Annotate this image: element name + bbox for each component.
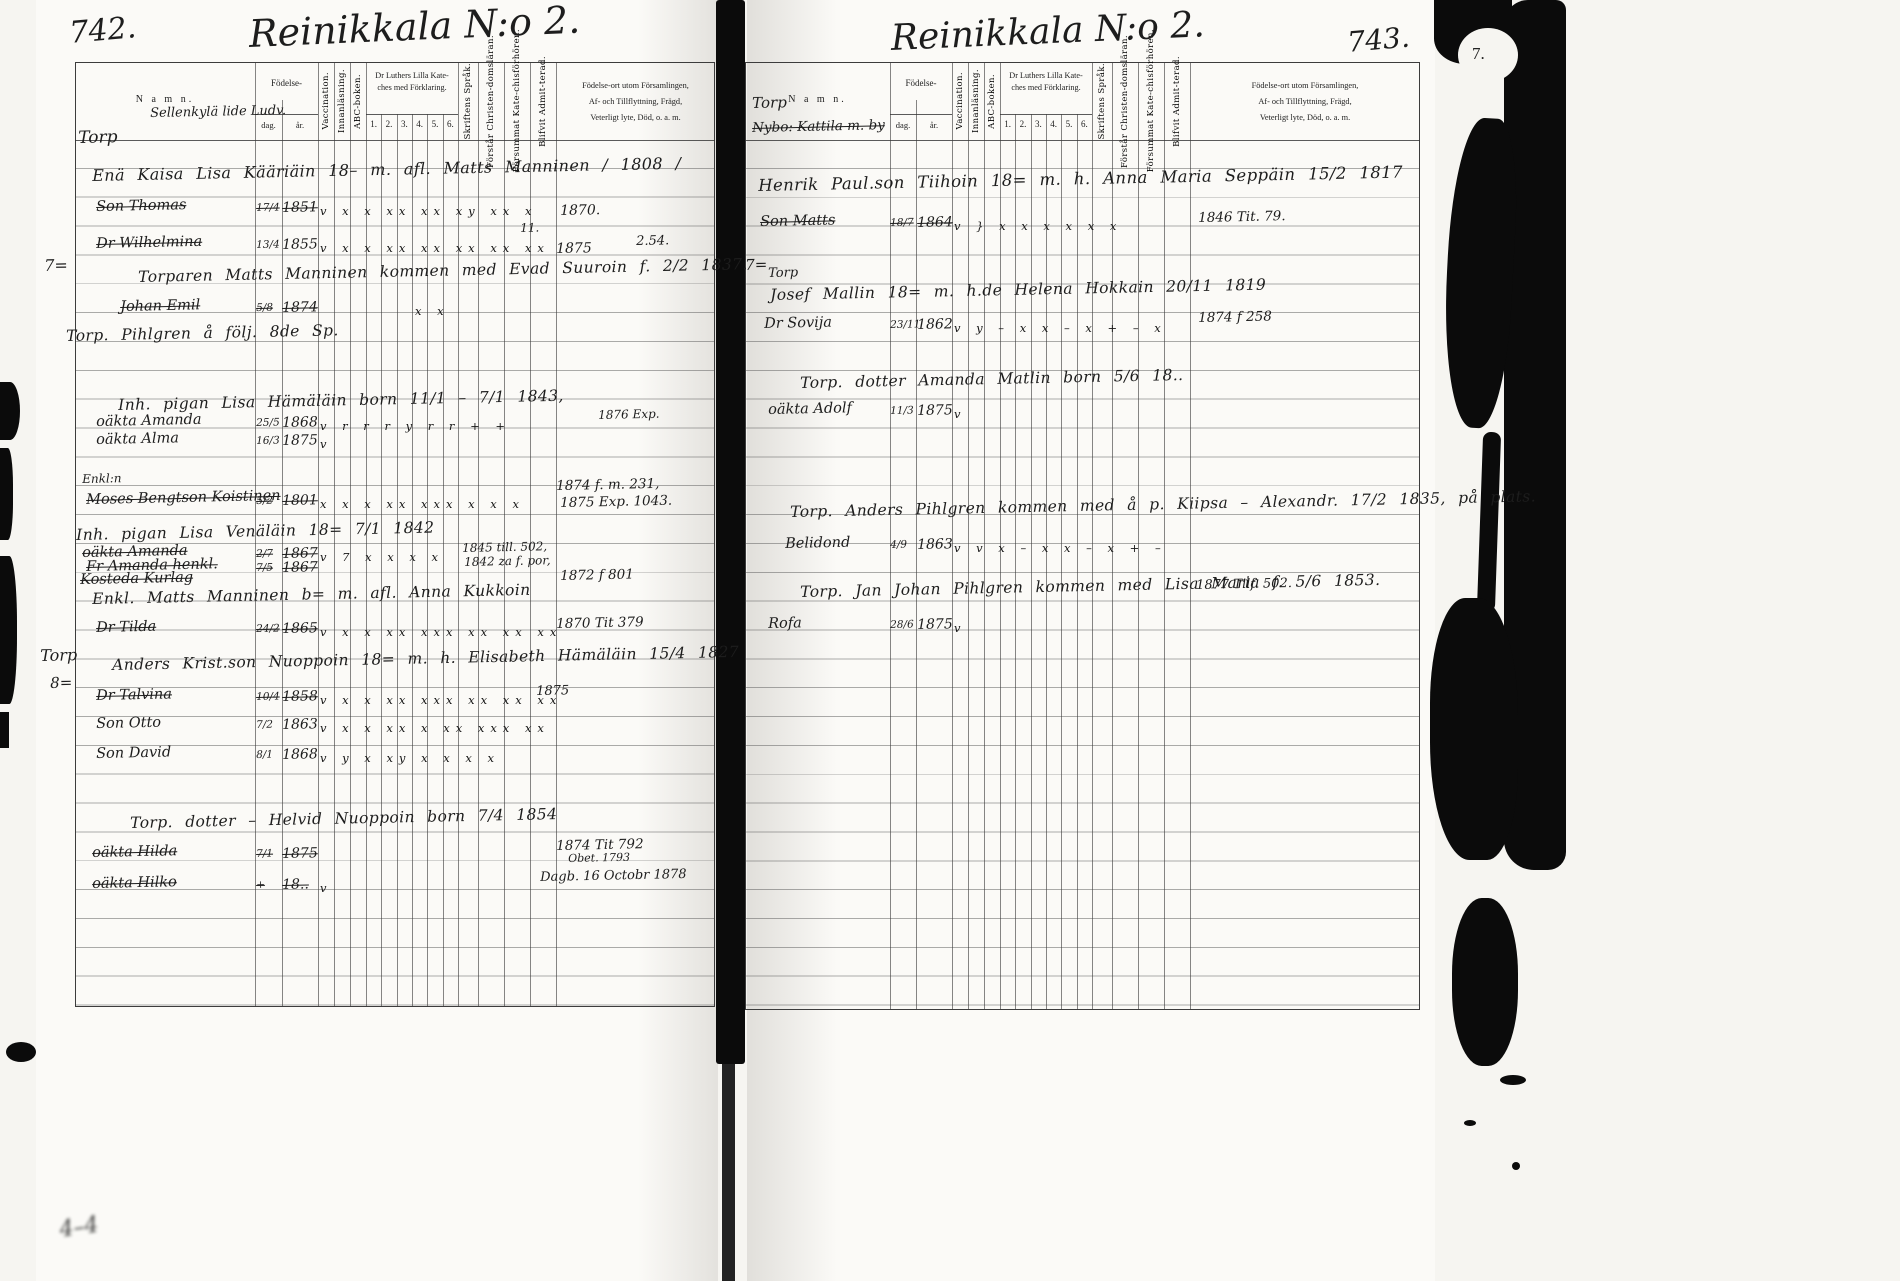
birth-day: 8/1 <box>256 749 273 761</box>
col-header-katekes: Dr Luthers Lilla Kate- ches med Förklari… <box>367 70 457 95</box>
catechism-marks: v x x xx x xx xxx xx <box>320 721 550 735</box>
birth-year: 1868 <box>282 414 318 431</box>
ink-blot <box>0 448 13 540</box>
birth-day: 17/4 <box>256 202 280 214</box>
katekes-subline <box>1046 114 1047 1010</box>
handwritten-entry: 1870 Tit 379 <box>556 614 644 632</box>
ink-blot <box>0 712 9 748</box>
col-header-katekes-1: 1. <box>366 119 381 129</box>
col-header-blifvit: Blifvit Admit-terad. <box>530 64 556 138</box>
birth-day: 24/2 <box>256 623 280 635</box>
handwritten-entry: oäkta Hilda <box>92 843 177 861</box>
col-header-abc: ABC-boken. <box>984 64 1000 138</box>
col-header-blifvit: Blifvit Admit-terad. <box>1164 64 1190 138</box>
handwritten-entry: 1872 f 801 <box>560 566 634 584</box>
birth-year: 1863 <box>282 716 318 733</box>
fodelse-split-line <box>890 114 952 115</box>
handwritten-entry: 1842 za f. por, <box>464 553 551 569</box>
birth-year: 1865 <box>282 620 318 637</box>
catechism-marks: v } x x x x x x <box>954 219 1122 233</box>
col-header-katekes-1: 1. <box>1000 119 1015 129</box>
col-header-abc-label: ABC-boken. <box>987 74 997 129</box>
column-line-skrift <box>1112 62 1113 1010</box>
catechism-marks: v x x xx xxx xx xx xx <box>320 625 562 639</box>
column-line-innan <box>984 62 985 1010</box>
handwritten-entry: 7= <box>745 256 767 274</box>
column-line-vacc <box>968 62 969 1010</box>
ink-blot <box>1512 1162 1520 1170</box>
katekes-subline <box>1031 114 1032 1010</box>
catechism-marks: v v x – x x – x + – <box>954 541 1167 555</box>
col-header-katekes-5: 5. <box>1061 119 1076 129</box>
header-bottom-line <box>75 140 715 141</box>
col-header-vacc: Vaccination. <box>952 64 968 138</box>
birth-year: 1868 <box>282 746 318 763</box>
birth-day: 11/3 <box>890 405 914 417</box>
scan-white-gap <box>1458 28 1518 82</box>
col-header-forsummat: Försummat Kate-chisförhören. <box>1138 64 1164 138</box>
ink-blot <box>0 556 17 704</box>
col-header-vacc-label: Vaccination. <box>955 72 965 129</box>
col-header-namn: N a m n. <box>75 94 255 105</box>
col-header-fodelseort: Födelse-ort utom Församlingen, Af- och T… <box>1194 78 1416 127</box>
col-header-fodelseort: Födelse-ort utom Församlingen, Af- och T… <box>560 78 711 127</box>
catechism-marks: v r r r y r r + + <box>320 419 511 433</box>
handwritten-entry: Dagb. 16 Octobr 1878 <box>540 867 687 885</box>
birth-day: 7/1 <box>256 848 273 860</box>
col-header-fodelse: Födelse- <box>890 78 952 88</box>
handwritten-entry: Belidond <box>785 535 850 552</box>
column-line-name <box>890 62 891 1010</box>
catechism-marks: x x x xx xxx x x x <box>320 497 525 511</box>
col-header-vacc-label: Vaccination. <box>321 72 331 129</box>
column-line-blifvit <box>556 62 557 1007</box>
handwritten-entry: Torp <box>40 645 77 665</box>
col-header-forsummat: Försummat Kate-chisförhören. <box>504 64 530 138</box>
birth-year: 1875 <box>282 845 318 862</box>
handwritten-entry: 8= <box>50 674 72 692</box>
handwritten-entry: 1875 <box>556 240 592 257</box>
catechism-marks: v x x xx xx xx xx xx <box>320 241 550 255</box>
catechism-marks: v y – x x – x + – x <box>954 321 1167 335</box>
col-header-abc: ABC-boken. <box>350 64 366 138</box>
column-line-dag <box>916 100 917 1010</box>
scanned-parish-register: 742. Reinikkala N:o 2. Reinikkala N:o 2.… <box>0 0 1900 1281</box>
handwritten-entry: 1874 f. m. 231, <box>556 476 660 494</box>
catechism-marks: v x x xx xxx xx xx xx <box>320 693 562 707</box>
birth-day: 25/5 <box>256 417 280 429</box>
handwritten-entry: Son Otto <box>96 715 161 732</box>
handwritten-entry: oäkta Amanda <box>96 412 202 430</box>
col-header-ar: år. <box>282 120 318 130</box>
handwritten-entry: 11. <box>520 221 539 235</box>
handwritten-entry: Torp <box>752 93 787 112</box>
catechism-marks: v <box>320 437 333 451</box>
birth-day: 23/11 <box>890 318 921 331</box>
birth-day: 5/8 <box>256 302 273 314</box>
birth-year: 1851 <box>282 199 318 216</box>
col-header-blifvit-label: Blifvit Admit-terad. <box>1172 56 1182 147</box>
handwritten-entry: oäkta Adolf <box>768 400 852 418</box>
birth-year: 1862 <box>917 316 953 333</box>
col-header-katekes-2: 2. <box>381 119 396 129</box>
birth-year: 18.. <box>282 876 309 893</box>
handwritten-entry: Kosteda Kurlag <box>80 570 193 588</box>
ink-blot <box>1500 1075 1526 1085</box>
col-header-blifvit-label: Blifvit Admit-terad. <box>538 56 548 147</box>
birth-day: 16/3 <box>256 435 280 447</box>
column-line-forstar <box>1138 62 1139 1010</box>
handwritten-entry: 2.54. <box>636 233 669 249</box>
col-header-katekes-6: 6. <box>443 119 458 129</box>
handwritten-entry: Enkl:n <box>82 471 122 486</box>
col-header-katekes-5: 5. <box>427 119 442 129</box>
ink-blot <box>1452 898 1518 1066</box>
handwritten-entry: 1846 Tit. 79. <box>1198 208 1286 226</box>
handwritten-entry: Son Matts <box>760 212 836 230</box>
header-bottom-line <box>745 140 1420 141</box>
col-header-skrift: Skriftens Språk. <box>458 64 478 138</box>
handwritten-entry: 7= <box>44 256 68 275</box>
handwritten-entry: 1875 Exp. 1043. <box>560 493 672 511</box>
col-header-abc-label: ABC-boken. <box>353 74 363 129</box>
col-header-fodelse: Födelse- <box>255 78 318 88</box>
birth-year: 1864 <box>917 214 953 231</box>
col-header-innan: Innanläsning. <box>334 64 350 138</box>
birth-day: 5/2 <box>256 495 273 507</box>
handwritten-entry: oäkta Alma <box>96 430 179 448</box>
ink-blot <box>6 1042 36 1062</box>
handwritten-entry: Rofa <box>768 615 802 632</box>
katekes-subline <box>1015 114 1016 1010</box>
birth-day: 13/4 <box>256 239 280 251</box>
handwritten-entry: Dr Wilhelmina <box>96 234 202 252</box>
catechism-marks: v <box>954 407 967 421</box>
birth-day: 18/7 <box>890 217 914 229</box>
birth-day: 2/7 <box>256 548 273 560</box>
catechism-marks: v 7 x x x x <box>320 550 444 564</box>
birth-year: 1874 <box>282 299 318 316</box>
handwritten-entry: 1876 Exp. <box>598 407 660 422</box>
birth-year: 1867 <box>282 559 318 576</box>
birth-day: 28/6 <box>890 619 914 631</box>
book-gutter <box>716 0 745 1064</box>
handwritten-entry: Torp <box>768 265 798 281</box>
birth-year: 1875 <box>917 616 953 633</box>
catechism-marks: v x x xx xx xy xx x <box>320 204 537 218</box>
handwritten-entry: Dr Talvina <box>96 686 172 704</box>
birth-year: 1875 <box>917 402 953 419</box>
col-header-katekes: Dr Luthers Lilla Kate- ches med Förklari… <box>1001 70 1091 95</box>
col-header-vacc: Vaccination. <box>318 64 334 138</box>
catechism-marks: v <box>320 881 333 895</box>
col-header-katekes-4: 4. <box>1046 119 1061 129</box>
left-page-number: 742. <box>68 10 138 51</box>
col-header-innan-label: Innanläsning. <box>337 69 347 133</box>
col-header-katekes-2: 2. <box>1015 119 1030 129</box>
handwritten-entry: Nybo: Kattila m. by <box>752 117 885 136</box>
birth-day: + <box>256 879 265 891</box>
handwritten-entry: Obet. 1793 <box>568 851 630 865</box>
catechism-marks: x x <box>415 304 450 318</box>
handwritten-entry: 1875 <box>536 683 569 699</box>
ink-blot <box>1430 598 1518 860</box>
ink-blot <box>0 382 20 440</box>
handwritten-entry: 1870. <box>560 202 600 219</box>
birth-day: 4/9 <box>890 539 907 551</box>
handwritten-entry: Dr Tilda <box>96 619 156 636</box>
col-header-forstar-label: Förstår Christen-domsläran. <box>1120 35 1130 168</box>
birth-year: 1863 <box>917 536 953 553</box>
katekes-subline <box>1077 114 1078 1010</box>
handwritten-entry: 1877 Tilf. 502. <box>1196 576 1292 593</box>
birth-year: 1801 <box>282 492 318 509</box>
birth-day: 7/2 <box>256 719 273 731</box>
right-page-number: 743. <box>1346 21 1411 59</box>
handwritten-entry: Son Thomas <box>96 197 187 215</box>
ink-blot <box>1464 1120 1476 1126</box>
ink-blot <box>1477 432 1501 613</box>
col-header-forstar: Förstår Christen-domsläran. <box>478 64 504 138</box>
birth-year: 1855 <box>282 236 318 253</box>
handwritten-entry: Johan Emil <box>120 297 200 315</box>
col-header-katekes-3: 3. <box>1031 119 1046 129</box>
col-header-forstar-label: Förstår Christen-domsläran. <box>486 35 496 168</box>
handwritten-entry: 1874 f 258 <box>1198 308 1272 326</box>
birth-day: 7/5 <box>256 562 273 574</box>
col-header-forsummat-label: Försummat Kate-chisförhören. <box>1146 29 1156 172</box>
handwritten-entry: oäkta Hilko <box>92 874 177 892</box>
col-header-katekes-4: 4. <box>412 119 427 129</box>
handwritten-entry: Sellenkylä lide Ludv. <box>150 103 286 121</box>
column-line-forsummat <box>1164 62 1165 1010</box>
catechism-marks: v <box>954 621 967 635</box>
margin-print-number: 7. <box>1472 44 1485 64</box>
col-header-dag: dag. <box>890 120 916 130</box>
col-header-forsummat-label: Försummat Kate-chisförhören. <box>512 29 522 172</box>
book-gutter-tail <box>722 1064 735 1281</box>
col-header-dag: dag. <box>255 120 282 130</box>
col-header-skrift: Skriftens Språk. <box>1092 64 1112 138</box>
katekes-subline <box>1061 114 1062 1010</box>
birth-year: 1858 <box>282 688 318 705</box>
handwritten-entry: Son David <box>96 744 171 762</box>
column-line-kat <box>1092 62 1093 1010</box>
col-header-forstar: Förstår Christen-domsläran. <box>1112 64 1138 138</box>
catechism-marks: v y x xy x x x x <box>320 751 500 765</box>
col-header-katekes-6: 6. <box>1077 119 1092 129</box>
col-header-skrift-label: Skriftens Språk. <box>463 63 473 140</box>
col-header-katekes-3: 3. <box>397 119 412 129</box>
column-line-blifvit <box>1190 62 1191 1010</box>
handwritten-entry: Torp <box>78 127 118 148</box>
birth-year: 1875 <box>282 432 318 449</box>
column-line-abc <box>1000 62 1001 1010</box>
col-header-ar: år. <box>916 120 952 130</box>
col-header-skrift-label: Skriftens Språk. <box>1097 63 1107 140</box>
col-header-innan-label: Innanläsning. <box>971 69 981 133</box>
col-header-innan: Innanläsning. <box>968 64 984 138</box>
handwritten-entry: Dr Sovija <box>764 315 832 332</box>
birth-day: 10/4 <box>256 691 280 703</box>
